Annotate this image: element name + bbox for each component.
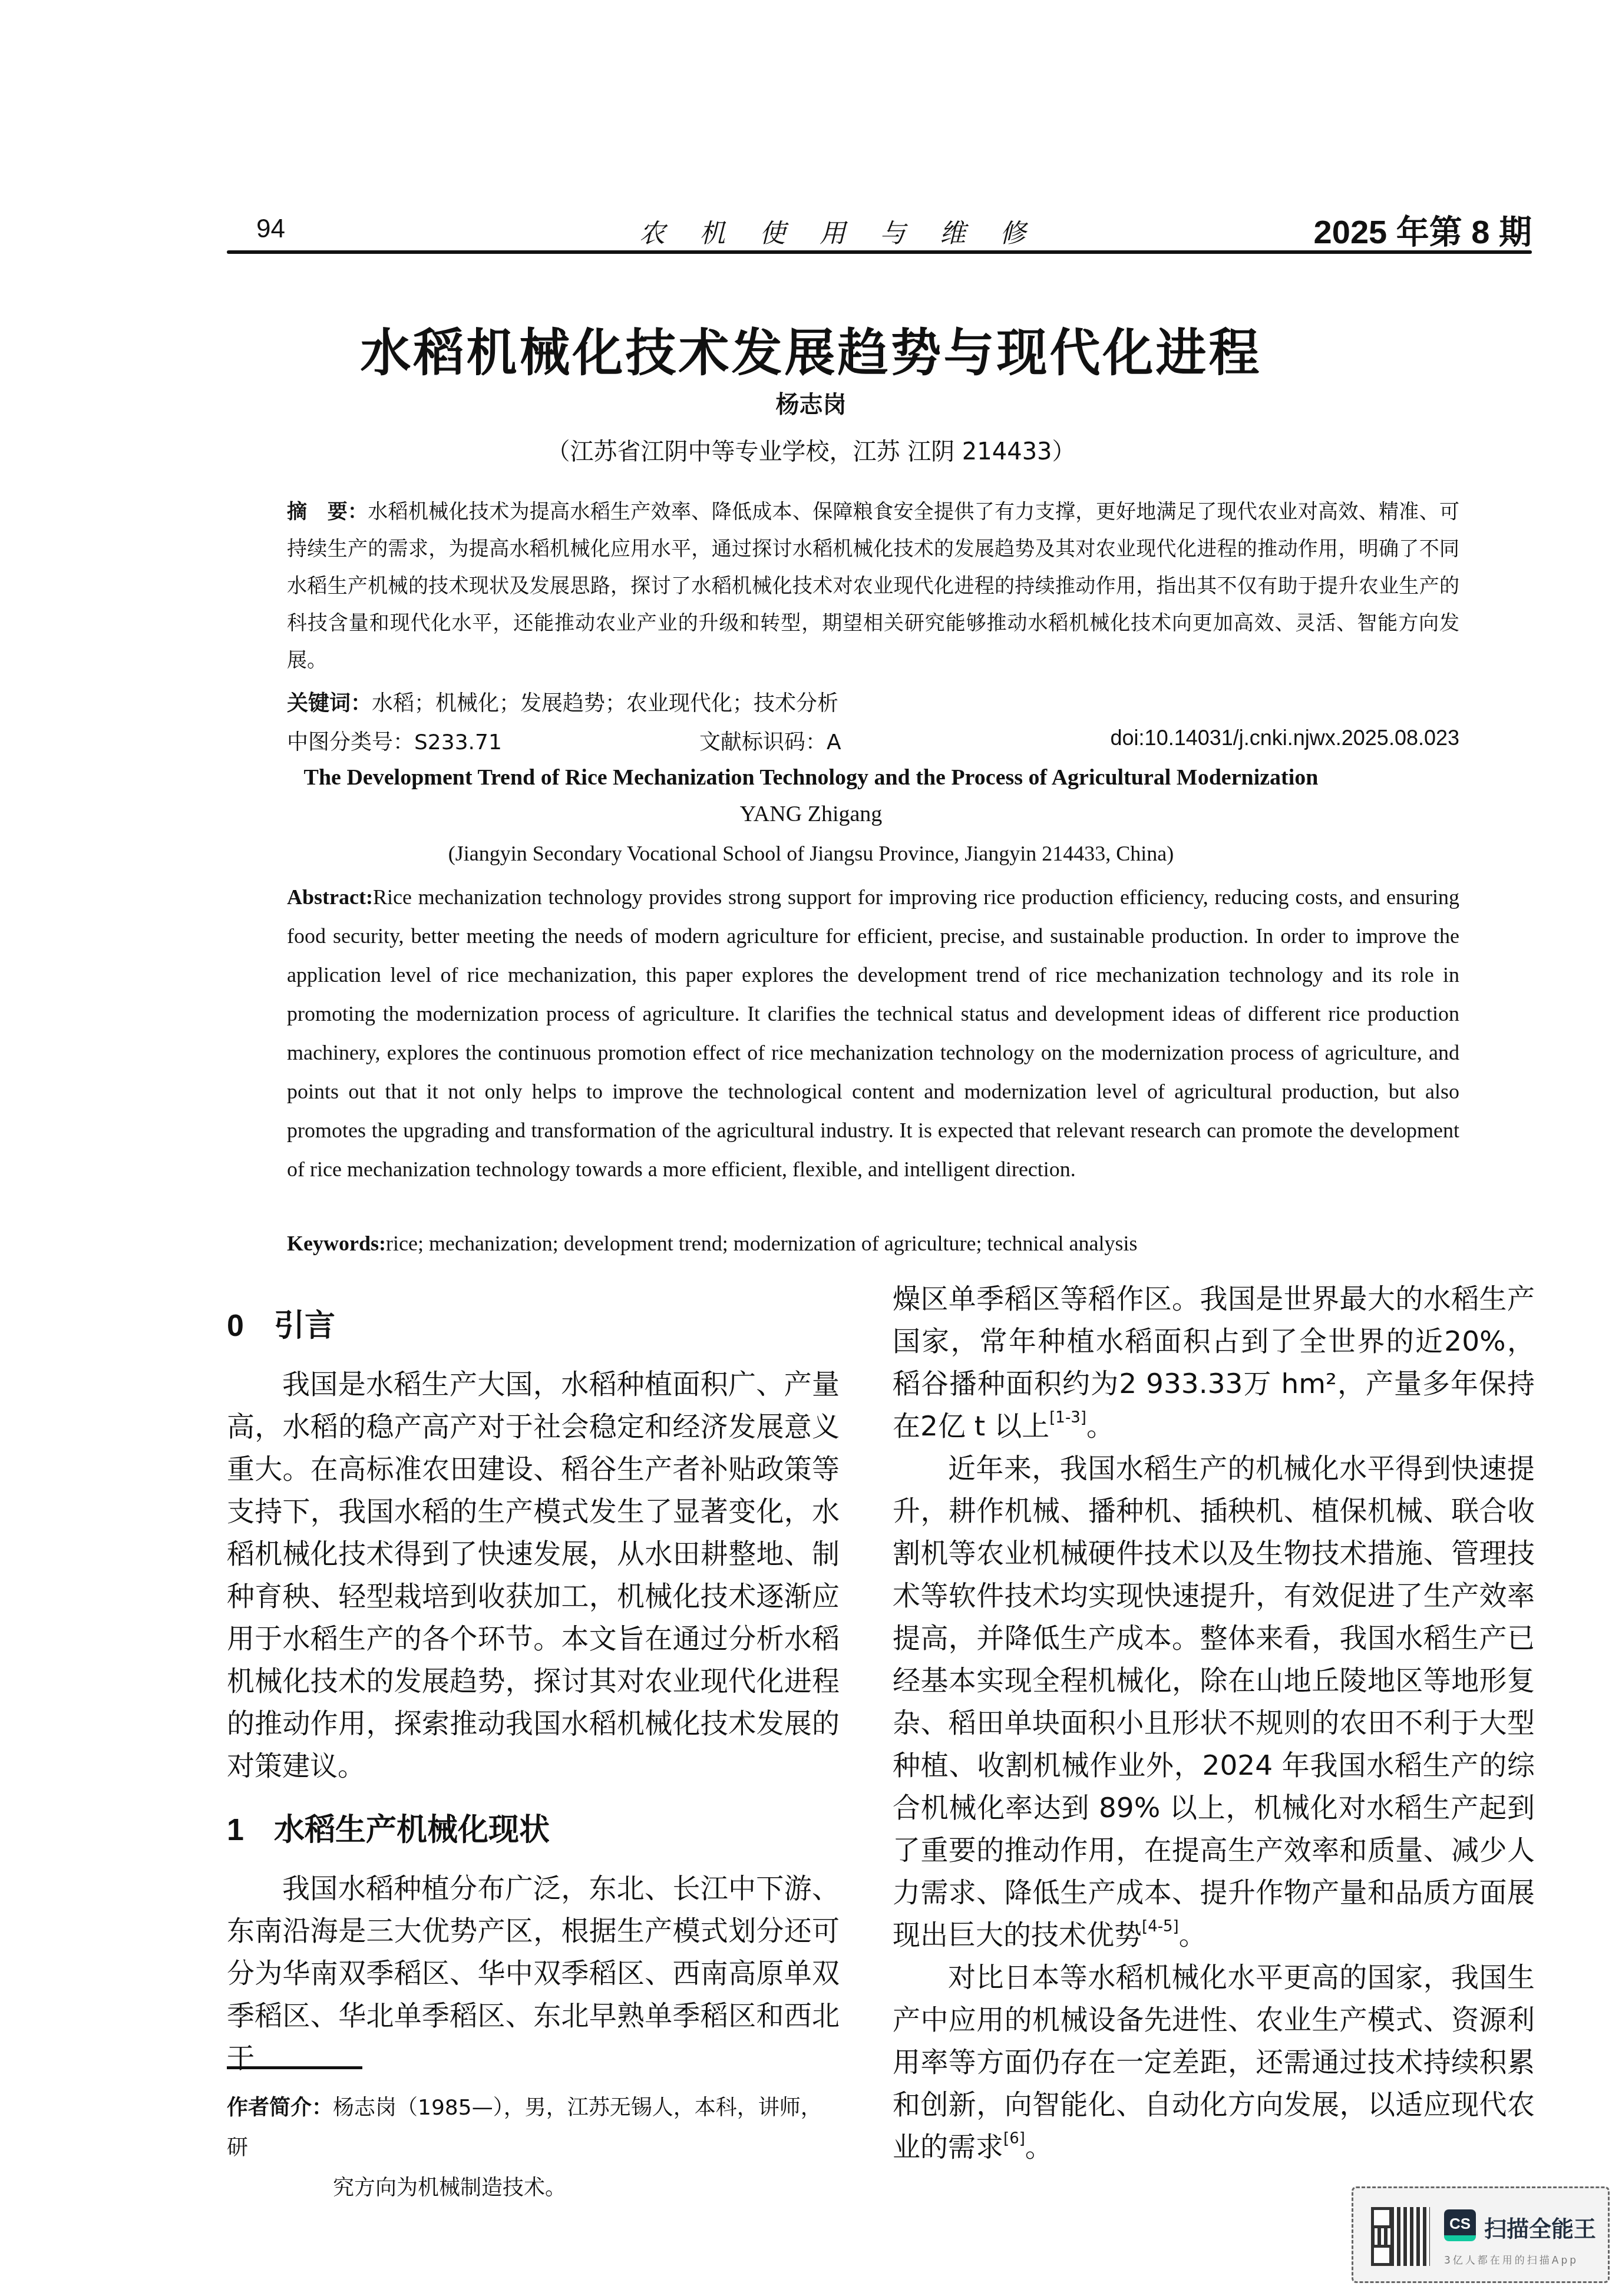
header-rule [227, 250, 1532, 254]
body-column-right: 燥区单季稻区等稻作区。我国是世界最大的水稻生产国家，常年种植水稻面积占到了全世界… [893, 1278, 1535, 2169]
paragraph: 我国是水稻生产大国，水稻种植面积广、产量高，水稻的稳产高产对于社会稳定和经济发展… [227, 1364, 840, 1788]
doi: doi:10.14031/j.cnki.njwx.2025.08.023 [1111, 726, 1459, 750]
section-title: 水稻生产机械化现状 [274, 1812, 550, 1848]
article-title-en: The Development Trend of Rice Mechanizat… [0, 765, 1622, 790]
section-title: 引言 [274, 1308, 335, 1344]
abstract-cn: 摘 要：水稻机械化技术为提高水稻生产效率、降低成本、保障粮食安全提供了有力支撑，… [287, 494, 1459, 679]
paragraph-end: 。 [1025, 2131, 1053, 2163]
keywords-cn: 关键词：水稻；机械化；发展趋势；农业现代化；技术分析 [287, 687, 838, 717]
journal-name: 农机使用与维修 [639, 212, 1060, 250]
section-heading-intro: 0引言 [227, 1305, 840, 1347]
section-heading-status: 1水稻生产机械化现状 [227, 1809, 840, 1851]
paragraph-text: 对比日本等水稻机械化水平更高的国家，我国生产中应用的机械设备先进性、农业生产模式… [893, 1961, 1535, 2163]
footnote-label: 作者简介： [227, 2096, 333, 2120]
classification-row: 中图分类号：S233.71 文献标识码：A doi:10.14031/j.cnk… [287, 726, 1459, 761]
article-author-en: YANG Zhigang [0, 801, 1622, 827]
camscanner-logo-icon: CS [1444, 2209, 1476, 2241]
paragraph-text: 燥区单季稻区等稻作区。我国是世界最大的水稻生产国家，常年种植水稻面积占到了全世界… [893, 1283, 1535, 1443]
issue-label: 2025 年第 8 期 [1314, 206, 1532, 253]
keywords-cn-text: 水稻；机械化；发展趋势；农业现代化；技术分析 [372, 692, 838, 716]
paragraph: 对比日本等水稻机械化水平更高的国家，我国生产中应用的机械设备先进性、农业生产模式… [893, 1957, 1535, 2169]
section-number: 0 [227, 1305, 274, 1347]
scanner-watermark[interactable]: CS 扫描全能王 3亿人都在用的扫描App [1352, 2186, 1610, 2283]
running-head: 94 农机使用与维修 2025 年第 8 期 [227, 206, 1532, 253]
scanner-app-name: 扫描全能王 [1484, 2211, 1596, 2243]
paragraph-continued: 燥区单季稻区等稻作区。我国是世界最大的水稻生产国家，常年种植水稻面积占到了全世界… [893, 1278, 1535, 1448]
abstract-en-text: Rice mechanization technology provides s… [287, 885, 1459, 1181]
document-code: 文献标识码：A [699, 726, 841, 756]
article-author: 杨志岗 [0, 386, 1622, 419]
clc-number: 中图分类号：S233.71 [287, 726, 502, 756]
abstract-cn-text: 水稻机械化技术为提高水稻生产效率、降低成本、保障粮食安全提供了有力支撑，更好地满… [287, 500, 1459, 672]
abstract-en: Abstract:Rice mechanization technology p… [287, 878, 1459, 1189]
article-title: 水稻机械化技术发展趋势与现代化进程 [0, 312, 1622, 385]
paragraph: 近年来，我国水稻生产的机械化水平得到快速提升，耕作机械、播种机、插秧机、植保机械… [893, 1448, 1535, 1957]
citation: [4-5] [1142, 1918, 1179, 1936]
keywords-cn-label: 关键词： [287, 692, 372, 716]
paragraph-end: 。 [1086, 1410, 1114, 1443]
citation: [6] [1003, 2130, 1025, 2148]
page-number: 94 [256, 214, 285, 244]
section-number: 1 [227, 1809, 274, 1851]
keywords-en: Keywords:rice; mechanization; developmen… [287, 1231, 1138, 1256]
abstract-en-label: Abstract: [287, 885, 373, 909]
citation: [1-3] [1049, 1409, 1086, 1427]
keywords-en-label: Keywords: [287, 1232, 386, 1255]
paragraph-end: 。 [1179, 1919, 1207, 1951]
paragraph: 我国水稻种植分布广泛，东北、长江中下游、东南沿海是三大优势产区，根据生产模式划分… [227, 1868, 840, 2080]
scanner-tagline: 3亿人都在用的扫描App [1444, 2252, 1578, 2267]
keywords-en-text: rice; mechanization; development trend; … [386, 1232, 1138, 1255]
body-column-left: 0引言 我国是水稻生产大国，水稻种植面积广、产量高，水稻的稳产高产对于社会稳定和… [227, 1299, 840, 2080]
author-footnote: 作者简介：杨志岗（1985—），男，江苏无锡人，本科，讲师，研 究方向为机械制造… [227, 2088, 840, 2208]
footnote-rule [227, 2066, 362, 2069]
abstract-cn-label: 摘 要： [287, 500, 368, 524]
qr-code-icon[interactable] [1371, 2207, 1430, 2266]
paragraph-text: 近年来，我国水稻生产的机械化水平得到快速提升，耕作机械、播种机、插秧机、植保机械… [893, 1453, 1535, 1951]
article-affiliation: （江苏省江阴中等专业学校，江苏 江阴 214433） [0, 433, 1622, 467]
footnote-text-cont: 究方向为机械制造技术。 [227, 2168, 840, 2208]
article-affiliation-en: (Jiangyin Secondary Vocational School of… [0, 841, 1622, 866]
